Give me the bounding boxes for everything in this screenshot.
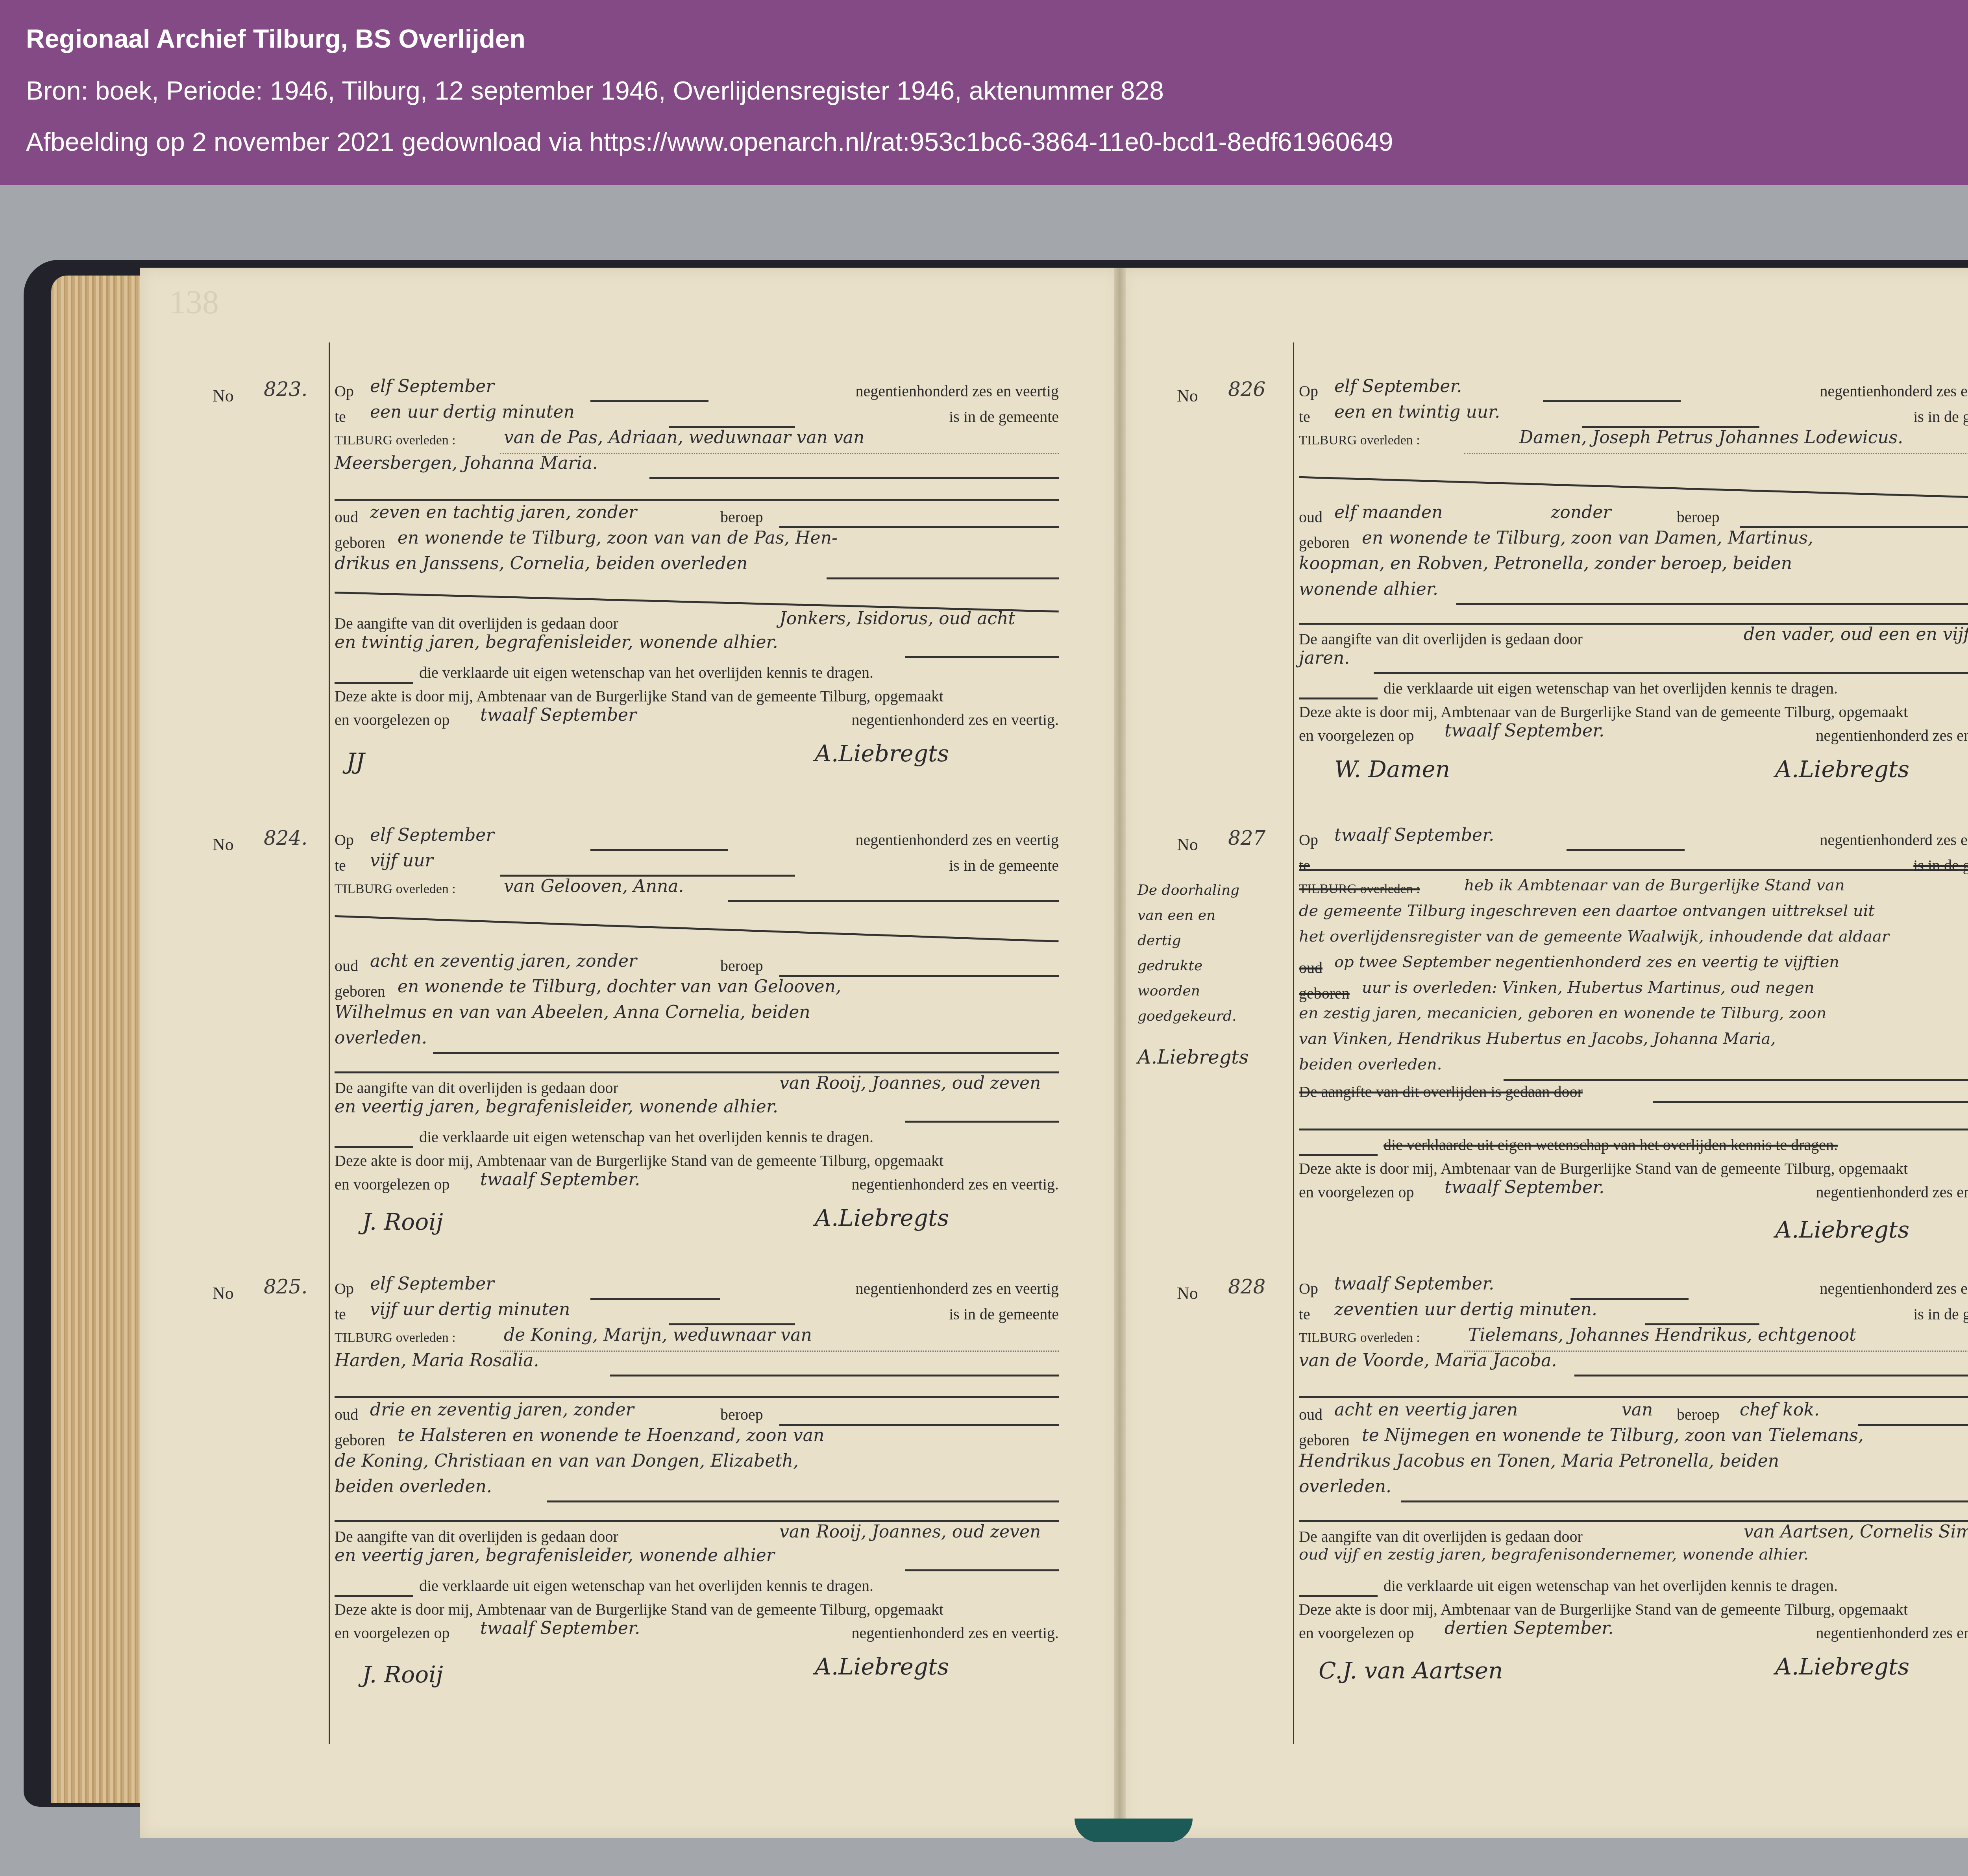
- year-label: negentienhonderd zes en veertig: [856, 382, 1059, 400]
- op-label: Op: [1299, 1279, 1318, 1298]
- te-label: te: [1299, 1305, 1310, 1323]
- registrar-signature: A.Liebregts: [1775, 1216, 1909, 1243]
- declarant-cont: en veertig jaren, begrafenisleider, wone…: [335, 1097, 778, 1117]
- record-number: 825.: [264, 1275, 307, 1298]
- voorgelezen-label: en voorgelezen op: [1299, 1624, 1414, 1642]
- gemeente-label: is in de gemeente: [1913, 1305, 1968, 1323]
- age: zeven en tachtig jaren, zonder: [370, 502, 637, 522]
- year-label-end: negentienhonderd zes en veertig.: [852, 1175, 1059, 1193]
- year-label: negentienhonderd zes en veertig: [1820, 1279, 1968, 1298]
- declarant-cont: en twintig jaren, begrafenisleider, wone…: [335, 632, 778, 652]
- gemeente-label: is in de gemeente: [949, 1305, 1059, 1323]
- akte-label: Deze akte is door mij, Ambtenaar van de …: [1299, 1600, 1908, 1619]
- occupation-none: zonder: [1551, 502, 1611, 522]
- read-on-date: twaalf September.: [480, 1169, 640, 1190]
- birth-parents-cont: de Koning, Christiaan en van van Dongen,…: [335, 1451, 799, 1471]
- voorgelezen-label: en voorgelezen op: [335, 1624, 449, 1642]
- birth-parents-cont: Hendrikus Jacobus en Tonen, Maria Petron…: [1299, 1451, 1779, 1471]
- record-number: 827: [1228, 827, 1265, 849]
- birth-parents: en wonende te Tilburg, zoon van Damen, M…: [1362, 528, 1813, 548]
- verklaarde-label: die verklaarde uit eigen wetenschap van …: [419, 1128, 873, 1146]
- death-record-824: No 824. Opelf Septembernegentienhonderd …: [213, 827, 960, 1275]
- beroep-label: beroep: [1677, 1405, 1720, 1424]
- deceased-name-cont: Meersbergen, Johanna Maria.: [335, 453, 598, 473]
- death-record-826: No 826 Opelf September.negentienhonderd …: [1177, 378, 1925, 827]
- transcript-line: beiden overleden.: [1299, 1055, 1442, 1073]
- read-on-date: twaalf September.: [1445, 1177, 1604, 1197]
- death-time: vijf uur: [370, 851, 433, 871]
- record-number: 824.: [264, 827, 307, 849]
- aangifte-label-struck: De aangifte van dit overlijden is gedaan…: [1299, 1082, 1583, 1101]
- deceased-name: van de Pas, Adriaan, weduwnaar van van: [504, 427, 864, 448]
- beroep-label: beroep: [720, 1405, 763, 1424]
- overleden-label: TILBURG overleden :: [1299, 433, 1420, 448]
- oud-label: oud: [335, 1405, 358, 1424]
- verklaarde-label-struck: die verklaarde uit eigen wetenschap van …: [1384, 1136, 1838, 1154]
- death-time: een uur dertig minuten: [370, 402, 575, 422]
- te-label: te: [335, 1305, 346, 1323]
- birth-parents-cont2: wonende alhier.: [1299, 579, 1438, 599]
- book-gutter: [1114, 268, 1126, 1838]
- record-number-label: No: [213, 834, 234, 855]
- registrar-signature: A.Liebregts: [815, 740, 949, 767]
- transcript-line: en zestig jaren, mecanicien, geboren en …: [1299, 1004, 1826, 1022]
- death-date: twaalf September.: [1334, 1274, 1494, 1294]
- left-page-number: 138: [169, 283, 219, 322]
- overleden-label: TILBURG overleden :: [335, 882, 456, 897]
- beroep-label: beroep: [720, 508, 763, 526]
- transcript-line: uur is overleden: Vinken, Hubertus Marti…: [1362, 979, 1814, 997]
- declarant-cont: en veertig jaren, begrafenisleider, wone…: [335, 1545, 775, 1565]
- transcript-line: op twee September negentienhonderd zes e…: [1334, 953, 1839, 971]
- spine-cloth: [1075, 1819, 1193, 1842]
- declarant-cont: jaren.: [1299, 648, 1350, 668]
- declarant: Jonkers, Isidorus, oud acht: [779, 609, 1015, 629]
- overleden-label: TILBURG overleden :: [335, 1330, 456, 1345]
- transcript-line: van Vinken, Hendrikus Hubertus en Jacobs…: [1299, 1030, 1776, 1048]
- aangifte-label: De aangifte van dit overlijden is gedaan…: [335, 614, 618, 633]
- read-on-date: dertien September.: [1445, 1618, 1614, 1638]
- death-record-827: No 827 Optwaalf September.negentienhonde…: [1177, 827, 1925, 1275]
- oud-label: oud: [335, 508, 358, 526]
- verklaarde-label: die verklaarde uit eigen wetenschap van …: [419, 663, 873, 682]
- declarant: van Rooij, Joannes, oud zeven: [779, 1073, 1041, 1093]
- declarant-cont: oud vijf en zestig jaren, begrafenisonde…: [1299, 1545, 1809, 1563]
- op-label: Op: [335, 1279, 354, 1298]
- birth-parents-cont2: overleden.: [335, 1028, 427, 1048]
- record-number-label: No: [213, 1283, 234, 1303]
- geboren-label-struck: geboren: [1299, 984, 1350, 1003]
- voorgelezen-label: en voorgelezen op: [1299, 1183, 1414, 1201]
- death-record-825: No 825. Opelf Septembernegentienhonderd …: [213, 1275, 960, 1724]
- verklaarde-label: die verklaarde uit eigen wetenschap van …: [1384, 1576, 1838, 1595]
- aangifte-label: De aangifte van dit overlijden is gedaan…: [1299, 630, 1583, 648]
- deceased-name: Damen, Joseph Petrus Johannes Lodewicus.: [1519, 427, 1903, 448]
- geboren-label: geboren: [335, 533, 385, 552]
- birth-parents-cont2: beiden overleden.: [335, 1476, 492, 1497]
- record-number-label: No: [1177, 1283, 1198, 1303]
- gemeente-label-struck: is in de gemeente: [1913, 856, 1968, 875]
- occupation: chef kok.: [1740, 1400, 1820, 1420]
- registrar-signature: A.Liebregts: [815, 1653, 949, 1680]
- birth-parents: te Halsteren en wonende te Hoenzand, zoo…: [398, 1425, 824, 1445]
- birth-parents-cont: drikus en Janssens, Cornelia, beiden ove…: [335, 553, 747, 574]
- overleden-label: TILBURG overleden :: [1299, 1330, 1420, 1345]
- age: elf maanden: [1334, 502, 1443, 522]
- death-time: zeventien uur dertig minuten.: [1334, 1299, 1597, 1319]
- record-number: 823.: [264, 378, 307, 401]
- record-number: 828: [1228, 1275, 1265, 1298]
- source-banner: Regionaal Archief Tilburg, BS Overlijden…: [0, 0, 1968, 185]
- death-record-828: No 828 Optwaalf September.negentienhonde…: [1177, 1275, 1925, 1724]
- beroep-label: beroep: [720, 957, 763, 975]
- oud-label-struck: oud: [1299, 958, 1322, 977]
- registrar-signature: A.Liebregts: [1775, 1653, 1909, 1680]
- beroep-label: beroep: [1677, 508, 1720, 526]
- death-date: elf September: [370, 1274, 494, 1294]
- birth-parents-cont2: overleden.: [1299, 1476, 1391, 1497]
- record-number: 826: [1228, 378, 1265, 401]
- te-label: te: [335, 407, 346, 426]
- birth-parents: en wonende te Tilburg, dochter van van G…: [398, 977, 841, 997]
- overleden-label-struck: TILBURG overleden :: [1299, 882, 1420, 897]
- archive-title: Regionaal Archief Tilburg, BS Overlijden: [26, 24, 525, 54]
- deceased-name: Tielemans, Johannes Hendrikus, echtgenoo…: [1468, 1325, 1856, 1345]
- deceased-name-cont: van de Voorde, Maria Jacoba.: [1299, 1351, 1557, 1371]
- birth-parents: te Nijmegen en wonende te Tilburg, zoon …: [1362, 1425, 1864, 1445]
- registrar-signature: A.Liebregts: [815, 1204, 949, 1231]
- age: drie en zeventig jaren, zonder: [370, 1400, 634, 1420]
- op-label: Op: [1299, 831, 1318, 849]
- age: acht en veertig jaren: [1334, 1400, 1518, 1420]
- geboren-label: geboren: [1299, 1431, 1350, 1449]
- overleden-label: TILBURG overleden :: [335, 433, 456, 448]
- voorgelezen-label: en voorgelezen op: [335, 710, 449, 729]
- deceased-name-cont: Harden, Maria Rosalia.: [335, 1351, 539, 1371]
- te-label: te: [1299, 407, 1310, 426]
- oud-label: oud: [1299, 1405, 1322, 1424]
- aangifte-label: De aangifte van dit overlijden is gedaan…: [335, 1527, 618, 1546]
- page-edges-left: [51, 276, 142, 1803]
- record-number-label: No: [1177, 834, 1198, 855]
- deceased-name: de Koning, Marijn, weduwnaar van: [504, 1325, 812, 1345]
- year-label: negentienhonderd zes en veertig: [1820, 831, 1968, 849]
- aangifte-label: De aangifte van dit overlijden is gedaan…: [335, 1079, 618, 1097]
- akte-label: Deze akte is door mij, Ambtenaar van de …: [335, 1151, 943, 1170]
- op-label: Op: [335, 831, 354, 849]
- op-label: Op: [1299, 382, 1318, 400]
- year-label: negentienhonderd zes en veertig: [856, 1279, 1059, 1298]
- declarant: van Rooij, Joannes, oud zeven: [779, 1522, 1041, 1542]
- aangifte-label: De aangifte van dit overlijden is gedaan…: [1299, 1527, 1583, 1546]
- transcript-line: het overlijdensregister van de gemeente …: [1299, 927, 1889, 945]
- declarant: van Aartsen, Cornelis Simon,: [1744, 1522, 1968, 1542]
- verklaarde-label: die verklaarde uit eigen wetenschap van …: [419, 1576, 873, 1595]
- gemeente-label: is in de gemeente: [1913, 407, 1968, 426]
- gemeente-label: is in de gemeente: [949, 856, 1059, 875]
- declarant-signature: J. Rooij: [362, 1208, 443, 1235]
- geboren-label: geboren: [335, 982, 385, 1001]
- akte-label: Deze akte is door mij, Ambtenaar van de …: [1299, 703, 1908, 721]
- year-label: negentienhonderd zes en veertig: [1820, 382, 1968, 400]
- declarant: den vader, oud een en vijftig: [1744, 624, 1968, 644]
- death-date: elf September.: [1334, 376, 1462, 396]
- death-date: elf September: [370, 376, 494, 396]
- geboren-label: geboren: [335, 1431, 385, 1449]
- akte-label: Deze akte is door mij, Ambtenaar van de …: [335, 687, 943, 705]
- read-on-date: twaalf September.: [480, 1618, 640, 1638]
- birth-parents-cont: Wilhelmus en van van Abeelen, Anna Corne…: [335, 1002, 810, 1022]
- registrar-signature: A.Liebregts: [1775, 756, 1909, 783]
- te-label: te: [335, 856, 346, 875]
- record-number-label: No: [1177, 386, 1198, 406]
- year-label-end: negentienhonderd zes en veertig.: [1816, 1183, 1968, 1201]
- year-label-end: negentienhonderd zes en veertig.: [1816, 726, 1968, 745]
- oud-label: oud: [1299, 508, 1322, 526]
- read-on-date: twaalf September: [480, 705, 636, 725]
- akte-label: Deze akte is door mij, Ambtenaar van de …: [335, 1600, 943, 1619]
- record-number-label: No: [213, 386, 234, 406]
- download-info: Afbeelding op 2 november 2021 gedownload…: [26, 127, 1393, 157]
- op-label: Op: [335, 382, 354, 400]
- oud-label: oud: [335, 957, 358, 975]
- declarant-signature: JJ: [346, 748, 365, 775]
- geboren-label: geboren: [1299, 533, 1350, 552]
- age: acht en zeventig jaren, zonder: [370, 951, 637, 971]
- voorgelezen-label: en voorgelezen op: [335, 1175, 449, 1193]
- verklaarde-label: die verklaarde uit eigen wetenschap van …: [1384, 679, 1838, 697]
- source-description: Bron: boek, Periode: 1946, Tilburg, 12 s…: [26, 76, 1164, 105]
- year-label-end: negentienhonderd zes en veertig.: [852, 1624, 1059, 1642]
- voorgelezen-label: en voorgelezen op: [1299, 726, 1414, 745]
- year-label-end: negentienhonderd zes en veertig.: [852, 710, 1059, 729]
- death-time: een en twintig uur.: [1334, 402, 1500, 422]
- declarant-signature: J. Rooij: [362, 1661, 443, 1688]
- year-label-end: negentienhonderd zes en veertig.: [1816, 1624, 1968, 1642]
- transcript-line: de gemeente Tilburg ingeschreven een daa…: [1299, 902, 1875, 920]
- transcript-line: heb ik Ambtenaar van de Burgerlijke Stan…: [1464, 876, 1845, 894]
- gemeente-label: is in de gemeente: [949, 407, 1059, 426]
- death-date: elf September: [370, 825, 494, 845]
- declarant-signature: C.J. van Aartsen: [1319, 1657, 1503, 1684]
- death-time: vijf uur dertig minuten: [370, 1299, 570, 1319]
- akte-label: Deze akte is door mij, Ambtenaar van de …: [1299, 1159, 1908, 1178]
- te-label-struck: te: [1299, 856, 1310, 875]
- year-label: negentienhonderd zes en veertig: [856, 831, 1059, 849]
- deceased-name: van Gelooven, Anna.: [504, 876, 684, 896]
- read-on-date: twaalf September.: [1445, 721, 1604, 741]
- birth-parents-cont: koopman, en Robven, Petronella, zonder b…: [1299, 553, 1792, 574]
- death-record-823: No 823. Opelf Septembernegentienhonderd …: [213, 378, 960, 827]
- occupation-prefix: van: [1622, 1400, 1653, 1420]
- birth-parents: en wonende te Tilburg, zoon van van de P…: [398, 528, 838, 548]
- registration-date: twaalf September.: [1334, 825, 1494, 845]
- declarant-signature: W. Damen: [1334, 756, 1450, 783]
